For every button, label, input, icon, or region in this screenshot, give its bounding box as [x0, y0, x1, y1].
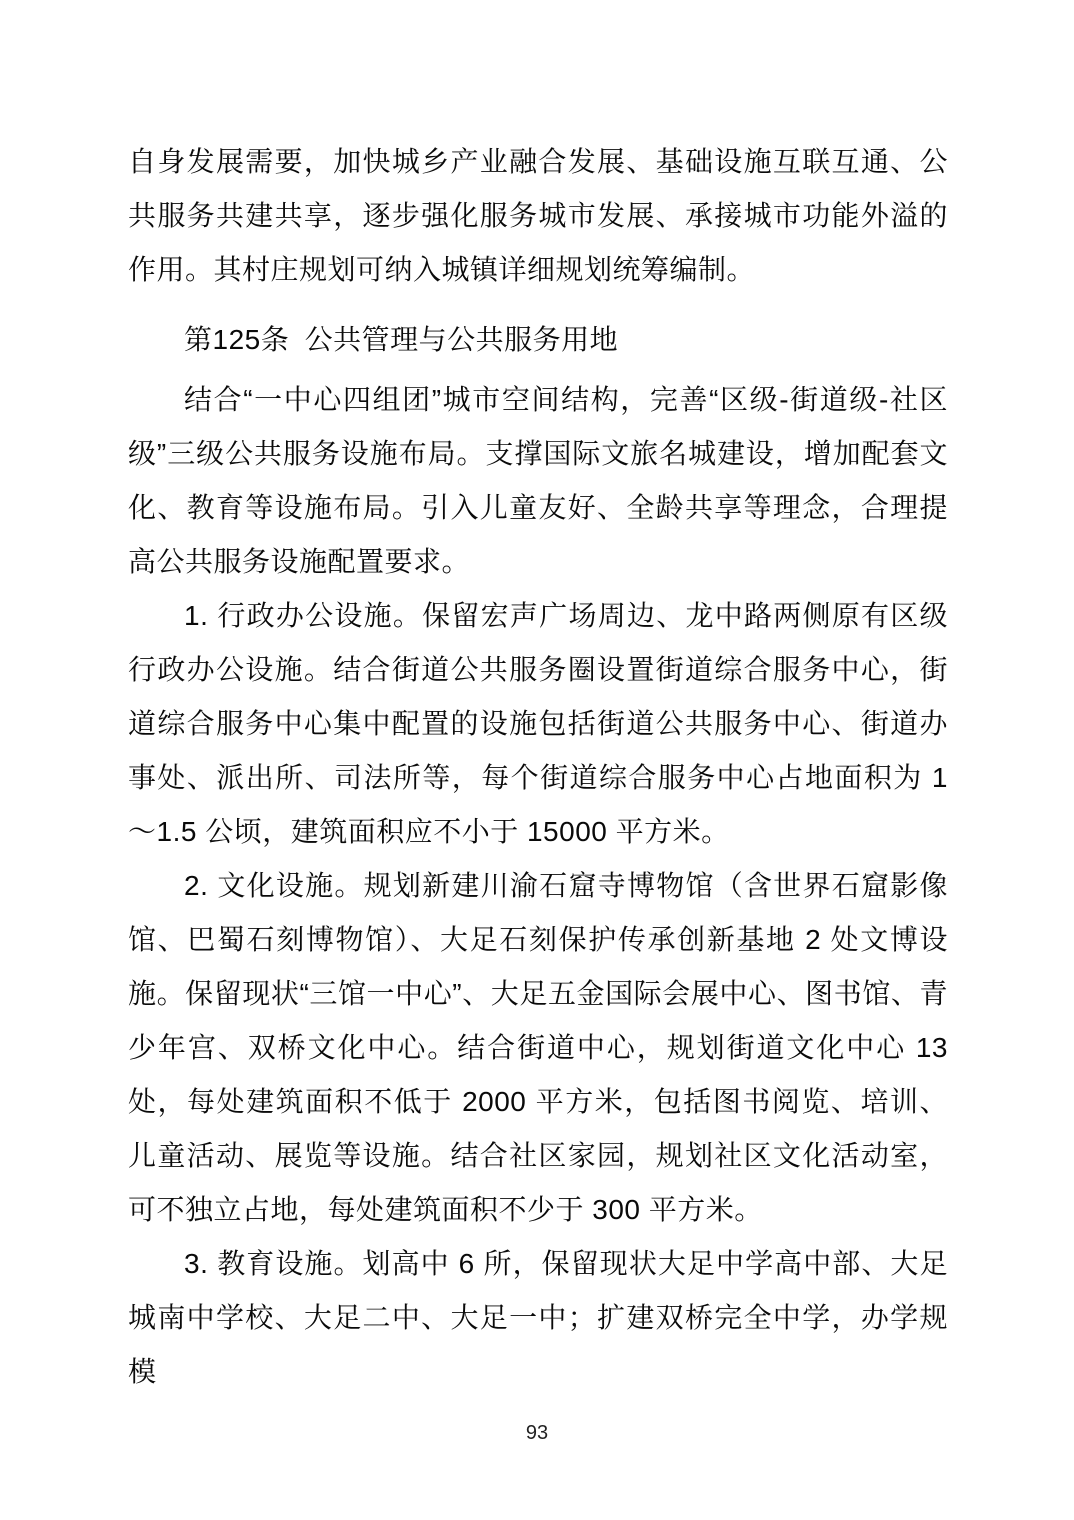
paragraph-education-facilities: 3. 教育设施。划高中 6 所，保留现状大足中学高中部、大足城南中学校、大足二中…	[128, 1237, 948, 1399]
page-number: 93	[0, 1420, 1074, 1446]
paragraph-culture-facilities: 2. 文化设施。规划新建川渝石窟寺博物馆（含世界石窟影像馆、巴蜀石刻博物馆）、大…	[128, 859, 948, 1237]
paragraph-admin-facilities: 1. 行政办公设施。保留宏声广场周边、龙中路两侧原有区级行政办公设施。结合街道公…	[128, 589, 948, 859]
document-page: 自身发展需要，加快城乡产业融合发展、基础设施互联互通、公共服务共建共享，逐步强化…	[0, 0, 1074, 1520]
article-heading: 第125条公共管理与公共服务用地	[128, 313, 948, 367]
article-number: 第125条	[184, 324, 289, 355]
document-body: 自身发展需要，加快城乡产业融合发展、基础设施互联互通、公共服务共建共享，逐步强化…	[128, 135, 948, 1399]
paragraph-overview: 结合“一中心四组团”城市空间结构，完善“区级-街道级-社区级”三级公共服务设施布…	[128, 373, 948, 589]
article-title: 公共管理与公共服务用地	[305, 324, 619, 355]
paragraph-continuation: 自身发展需要，加快城乡产业融合发展、基础设施互联互通、公共服务共建共享，逐步强化…	[128, 135, 948, 297]
